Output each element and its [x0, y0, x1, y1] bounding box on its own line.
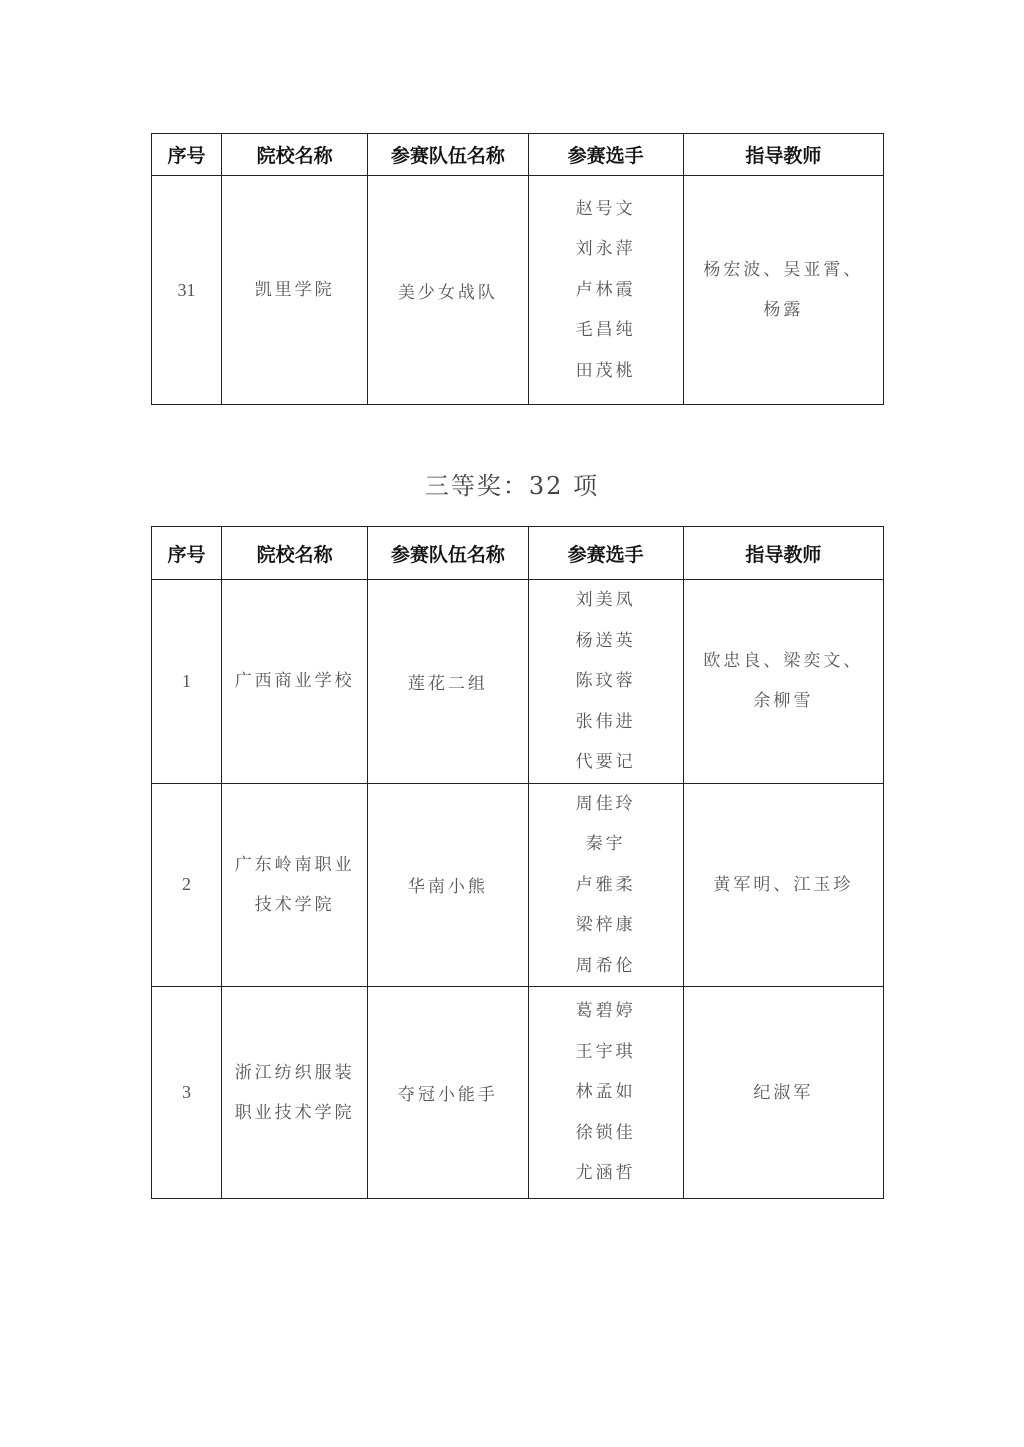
award-table-third-prize: 序号 院校名称 参赛队伍名称 参赛选手 指导教师 1 广西商业学校 莲花二组 刘… [151, 526, 884, 1199]
table-row: 2 广东岭南职业技术学院 华南小熊 周佳玲 秦宇 卢雅柔 梁梓康 周希伦 黄军明… [152, 783, 884, 987]
header-teachers: 指导教师 [683, 527, 883, 580]
player-name: 林孟如 [529, 1072, 683, 1113]
row-team: 莲花二组 [368, 580, 528, 784]
table-row: 31 凯里学院 美少女战队 赵号文 刘永萍 卢林霞 毛昌纯 田茂桃 杨宏波、吴亚… [152, 176, 884, 405]
player-name: 王宇琪 [529, 1032, 683, 1073]
player-name: 秦宇 [529, 824, 683, 865]
row-teachers: 欧忠良、梁奕文、余柳雪 [683, 580, 883, 784]
header-team: 参赛队伍名称 [368, 527, 528, 580]
player-name: 周希伦 [529, 946, 683, 987]
header-team: 参赛队伍名称 [368, 134, 528, 176]
table-header-row: 序号 院校名称 参赛队伍名称 参赛选手 指导教师 [152, 527, 884, 580]
row-team: 美少女战队 [368, 176, 528, 405]
row-team: 夺冠小能手 [368, 987, 528, 1199]
section-title-third-prize: 三等奖：32 项 [0, 466, 1024, 501]
table-row: 3 浙江纺织服装职业技术学院 夺冠小能手 葛碧婷 王宇琪 林孟如 徐锁佳 尤涵哲… [152, 987, 884, 1199]
player-name: 刘永萍 [529, 229, 683, 270]
player-name: 葛碧婷 [529, 991, 683, 1032]
player-name: 周佳玲 [529, 784, 683, 825]
row-school: 广东岭南职业技术学院 [222, 783, 368, 987]
header-school: 院校名称 [222, 527, 368, 580]
row-teachers: 杨宏波、吴亚霄、杨露 [683, 176, 883, 405]
player-name: 刘美凤 [529, 580, 683, 621]
player-name: 杨送英 [529, 621, 683, 662]
header-players: 参赛选手 [528, 134, 683, 176]
row-school: 凯里学院 [222, 176, 368, 405]
player-name: 徐锁佳 [529, 1113, 683, 1154]
row-team: 华南小熊 [368, 783, 528, 987]
row-index: 31 [152, 176, 222, 405]
player-name: 卢林霞 [529, 270, 683, 311]
player-name: 陈玟蓉 [529, 661, 683, 702]
row-teachers: 纪淑军 [683, 987, 883, 1199]
header-index: 序号 [152, 527, 222, 580]
player-name: 毛昌纯 [529, 310, 683, 351]
row-players: 葛碧婷 王宇琪 林孟如 徐锁佳 尤涵哲 [528, 987, 683, 1199]
header-index: 序号 [152, 134, 222, 176]
table-row: 1 广西商业学校 莲花二组 刘美凤 杨送英 陈玟蓉 张伟进 代要记 欧忠良、梁奕… [152, 580, 884, 784]
row-players: 赵号文 刘永萍 卢林霞 毛昌纯 田茂桃 [528, 176, 683, 405]
player-name: 梁梓康 [529, 905, 683, 946]
header-school: 院校名称 [222, 134, 368, 176]
award-table-second-prize-continued: 序号 院校名称 参赛队伍名称 参赛选手 指导教师 31 凯里学院 美少女战队 赵… [151, 133, 884, 405]
row-index: 2 [152, 783, 222, 987]
row-players: 刘美凤 杨送英 陈玟蓉 张伟进 代要记 [528, 580, 683, 784]
header-teachers: 指导教师 [683, 134, 883, 176]
player-name: 田茂桃 [529, 351, 683, 392]
row-index: 1 [152, 580, 222, 784]
row-teachers: 黄军明、江玉珍 [683, 783, 883, 987]
player-name: 赵号文 [529, 189, 683, 230]
header-players: 参赛选手 [528, 527, 683, 580]
player-name: 代要记 [529, 742, 683, 783]
row-players: 周佳玲 秦宇 卢雅柔 梁梓康 周希伦 [528, 783, 683, 987]
table-header-row: 序号 院校名称 参赛队伍名称 参赛选手 指导教师 [152, 134, 884, 176]
row-index: 3 [152, 987, 222, 1199]
row-school: 浙江纺织服装职业技术学院 [222, 987, 368, 1199]
row-school: 广西商业学校 [222, 580, 368, 784]
player-name: 尤涵哲 [529, 1153, 683, 1194]
player-name: 卢雅柔 [529, 865, 683, 906]
player-name: 张伟进 [529, 702, 683, 743]
